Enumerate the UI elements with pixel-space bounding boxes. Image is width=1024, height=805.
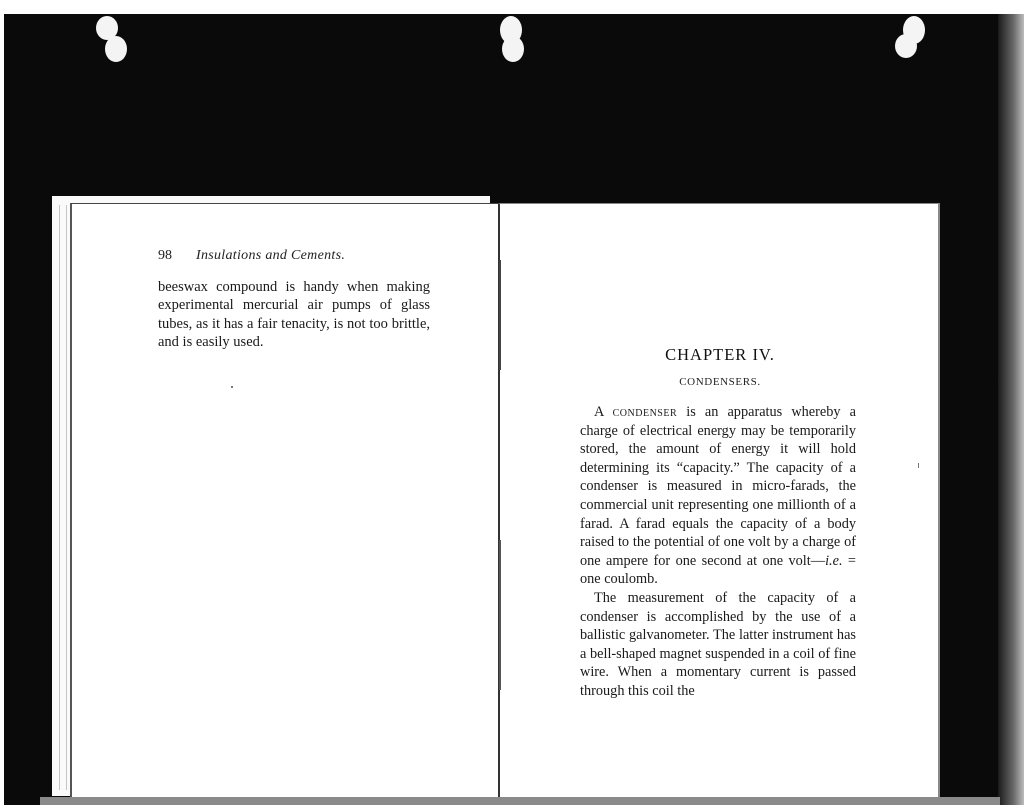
running-head-title: Insulations and Cements. (196, 248, 345, 264)
chapter-subtitle: CONDENSERS. (570, 376, 870, 388)
scan-speck (499, 260, 501, 370)
left-page-body: beeswax compound is handy when making ex… (158, 278, 430, 351)
scan-speck (918, 463, 919, 468)
binder-hole-center-lower (502, 36, 524, 62)
paragraph-text: is an apparatus whereby a charge of elec… (580, 404, 856, 569)
page-number: 98 (158, 248, 172, 264)
scan-edge (998, 14, 1024, 805)
ie-abbrev: i.e. (825, 553, 842, 569)
paragraph-2: The measurement of the capacity of a con… (580, 589, 856, 701)
binder-hole-left-lower (105, 36, 127, 62)
chapter-title: CHAPTER IV. (570, 345, 870, 365)
scan-speck (231, 386, 233, 388)
running-head: 98 Insulations and Cements. (158, 248, 345, 264)
lead-letter: A (594, 404, 604, 420)
paragraph: beeswax compound is handy when making ex… (158, 278, 430, 351)
right-page-body: A condenser is an apparatus whereby a ch… (580, 403, 856, 701)
paragraph-1: A condenser is an apparatus whereby a ch… (580, 403, 856, 589)
lead-smallcaps: condenser (613, 404, 678, 420)
binder-hole-right-lower (895, 34, 917, 58)
scan-bottom-edge (40, 797, 1000, 805)
scan-speck (499, 540, 501, 690)
